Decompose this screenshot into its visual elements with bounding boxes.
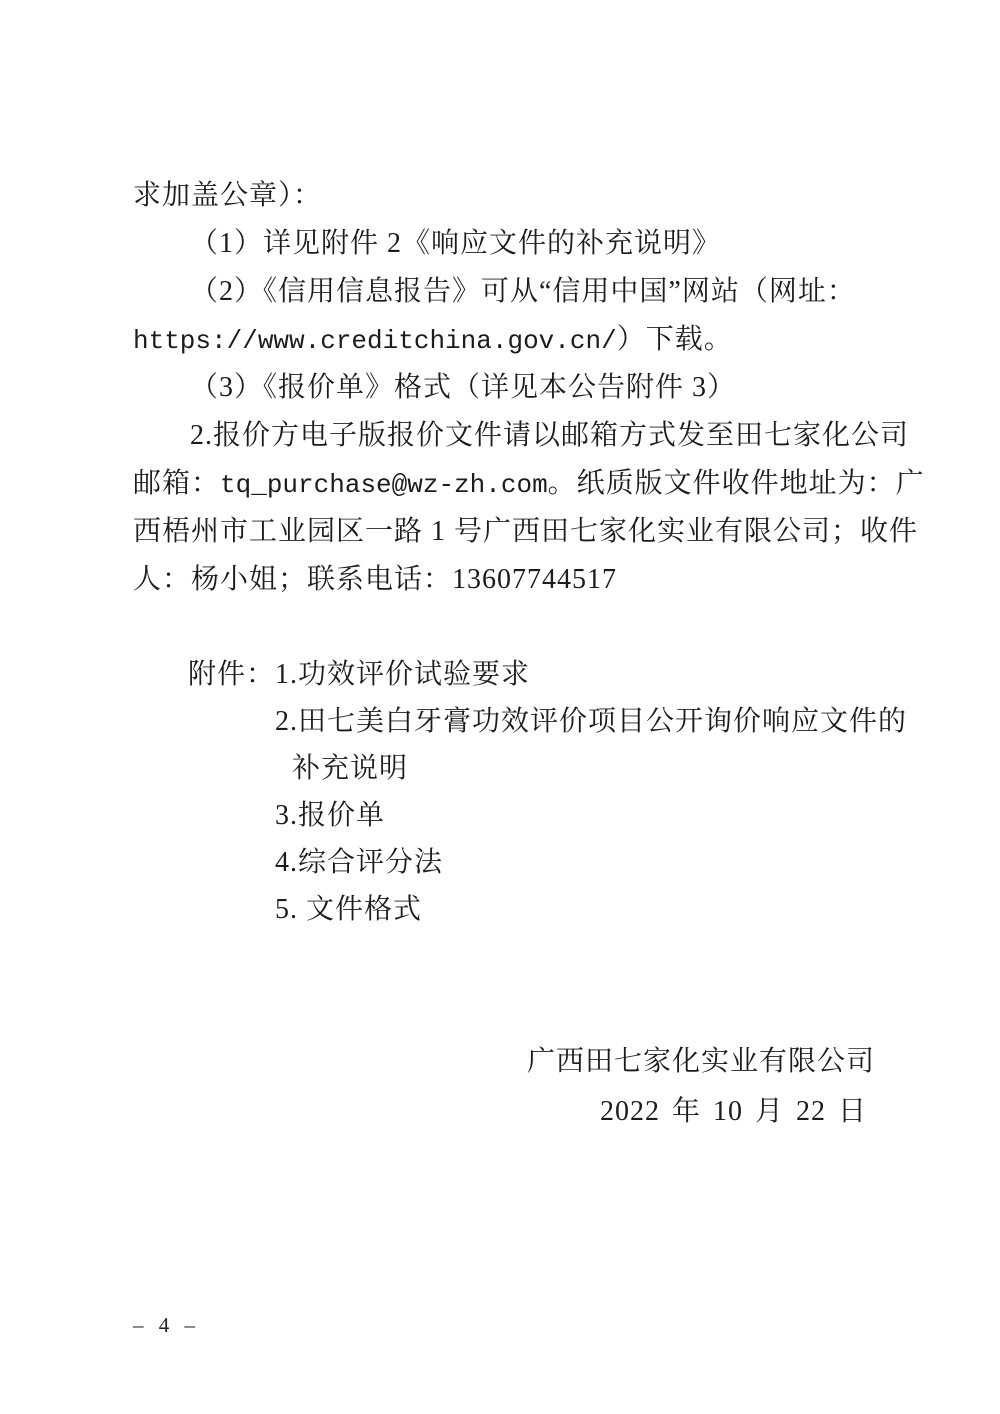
attachments-label: 附件：: [188, 659, 275, 690]
mono-text-segment: tq_purchase@wz-zh.com: [220, 470, 548, 500]
attachment-item: 2.田七美白牙膏功效评价项目公开询价响应文件的: [0, 698, 1000, 745]
signature-date: 2022 年 10 月 22 日: [527, 1087, 875, 1137]
text-line: 人：杨小姐；联系电话：13607744517: [0, 556, 1000, 604]
attachments-section: 附件：1.功效评价试验要求2.田七美白牙膏功效评价项目公开询价响应文件的补充说明…: [0, 651, 1000, 933]
text-line: （2）《信用信息报告》可从“信用中国”网站（网址：: [0, 268, 1000, 316]
text-segment: （1）详见附件 2《响应文件的补充说明》: [190, 228, 721, 259]
text-segment: 2.报价方电子版报价文件请以邮箱方式发至田七家化公司: [190, 420, 909, 451]
text-line: 邮箱：tq_purchase@wz-zh.com。纸质版文件收件地址为：广: [0, 460, 1000, 508]
page-number: – 4 –: [133, 1313, 200, 1338]
text-segment: （2）《信用信息报告》可从“信用中国”网站（网址：: [190, 276, 856, 307]
document-page: 求加盖公章）：（1）详见附件 2《响应文件的补充说明》（2）《信用信息报告》可从…: [0, 0, 1000, 1414]
text-segment: （3）《报价单》格式（详见本公告附件 3）: [190, 372, 736, 403]
text-segment: 人：杨小姐；联系电话：13607744517: [133, 564, 617, 595]
attachment-row: 附件：1.功效评价试验要求: [0, 651, 1000, 698]
text-line: https://www.creditchina.gov.cn/）下载。: [0, 316, 1000, 364]
text-segment: ）下载。: [617, 324, 733, 355]
text-segment: 求加盖公章）：: [133, 180, 322, 211]
text-line: 西梧州市工业园区一路 1 号广西田七家化实业有限公司；收件: [0, 508, 1000, 556]
body-text: 求加盖公章）：（1）详见附件 2《响应文件的补充说明》（2）《信用信息报告》可从…: [0, 172, 1000, 604]
text-segment: 西梧州市工业园区一路 1 号广西田七家化实业有限公司；收件: [133, 516, 918, 547]
signature-block: 广西田七家化实业有限公司 2022 年 10 月 22 日: [527, 1037, 875, 1137]
text-segment: 邮箱：: [133, 468, 220, 499]
text-segment: 。纸质版文件收件地址为：广: [548, 468, 925, 499]
text-line: （3）《报价单》格式（详见本公告附件 3）: [0, 364, 1000, 412]
signature-company: 广西田七家化实业有限公司: [527, 1037, 875, 1087]
attachment-item: 3.报价单: [0, 792, 1000, 839]
text-line: 2.报价方电子版报价文件请以邮箱方式发至田七家化公司: [0, 412, 1000, 460]
mono-text-segment: https://www.creditchina.gov.cn/: [133, 326, 617, 356]
attachment-item: 4.综合评分法: [0, 839, 1000, 886]
attachment-item-continuation: 补充说明: [0, 745, 1000, 792]
text-line: 求加盖公章）：: [0, 172, 1000, 220]
text-line: （1）详见附件 2《响应文件的补充说明》: [0, 220, 1000, 268]
attachment-item: 1.功效评价试验要求: [275, 659, 530, 690]
attachment-item: 5. 文件格式: [0, 886, 1000, 933]
